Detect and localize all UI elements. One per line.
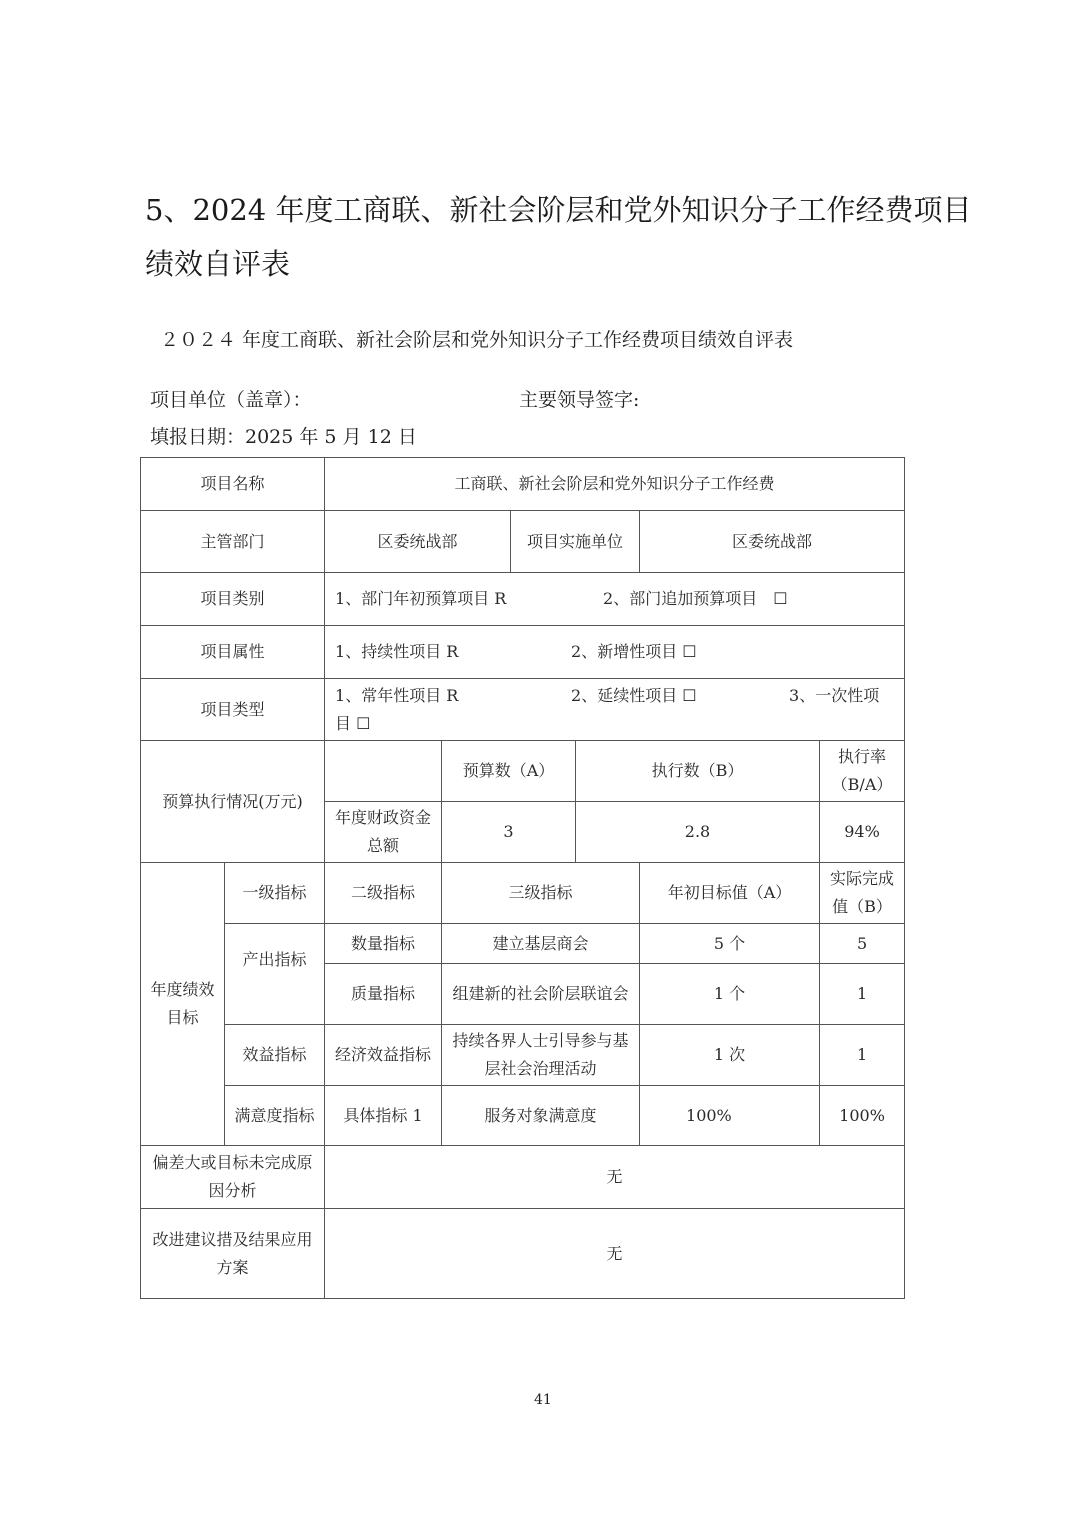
- attribute-label: 项目属性: [141, 626, 325, 679]
- category-label: 项目类别: [141, 573, 325, 626]
- budget-blank-cell: [325, 741, 442, 802]
- project-name-label: 项目名称: [141, 458, 325, 511]
- improvement-value: 无: [325, 1209, 905, 1299]
- category-options: 1、部门年初预算项目 R2、部门追加预算项目 ☐: [325, 573, 905, 626]
- row-project-name: 项目名称 工商联、新社会阶层和党外知识分子工作经费: [141, 458, 905, 511]
- goal-l3: 组建新的社会阶层联谊会: [442, 964, 640, 1025]
- goal-actual: 1: [820, 1025, 905, 1086]
- dept-label: 主管部门: [141, 511, 325, 573]
- goal-l3: 服务对象满意度: [442, 1086, 640, 1146]
- dept-value: 区委统战部: [325, 511, 511, 573]
- goal-row: 满意度指标 具体指标 1 服务对象满意度 100% 100%: [141, 1086, 905, 1146]
- goal-row: 产出指标 数量指标 建立基层商会 5 个 5: [141, 924, 905, 964]
- deviation-label: 偏差大或目标未完成原因分析: [141, 1146, 325, 1209]
- category-option-1: 1、部门年初预算项目 R: [335, 585, 603, 613]
- goal-l2: 具体指标 1: [325, 1086, 442, 1146]
- row-goals-header: 年度绩效目标 一级指标 二级指标 三级指标 年初目标值（A） 实际完成值（B）: [141, 863, 905, 924]
- page-number: 41: [534, 1392, 552, 1408]
- category-option-2: 2、部门追加预算项目 ☐: [603, 585, 788, 613]
- attribute-option-2: 2、新增性项目 ☐: [571, 638, 697, 666]
- row-budget-header: 预算执行情况(万元) 预算数（A） 执行数（B） 执行率（B/A）: [141, 741, 905, 802]
- budget-row-label: 年度财政资金总额: [325, 802, 442, 863]
- goal-target: 1 次: [640, 1025, 820, 1086]
- row-improvement: 改进建议措及结果应用方案 无: [141, 1209, 905, 1299]
- type-option-3-cont: 目 ☐: [335, 714, 370, 733]
- goals-header-target: 年初目标值（A）: [640, 863, 820, 924]
- goals-header-l1: 一级指标: [225, 863, 325, 924]
- benefit-indicator-label: 效益指标: [225, 1025, 325, 1086]
- attribute-options: 1、持续性项目 R2、新增性项目 ☐: [325, 626, 905, 679]
- document-heading-line2: 绩效自评表: [145, 244, 290, 284]
- goal-actual: 1: [820, 964, 905, 1025]
- performance-evaluation-table: 项目名称 工商联、新社会阶层和党外知识分子工作经费 主管部门 区委统战部 项目实…: [140, 457, 905, 1299]
- row-category: 项目类别 1、部门年初预算项目 R2、部门追加预算项目 ☐: [141, 573, 905, 626]
- goals-header-l3: 三级指标: [442, 863, 640, 924]
- satisfaction-indicator-label: 满意度指标: [225, 1086, 325, 1146]
- improvement-label: 改进建议措及结果应用方案: [141, 1209, 325, 1299]
- attribute-option-1: 1、持续性项目 R: [335, 638, 571, 666]
- fill-date: 填报日期：2025 年 5 月 12 日: [150, 423, 417, 451]
- goal-l2: 数量指标: [325, 924, 442, 964]
- impl-unit-value: 区委统战部: [640, 511, 905, 573]
- type-option-3: 3、一次性项: [789, 682, 879, 710]
- goal-row: 效益指标 经济效益指标 持续各界人士引导参与基层社会治理活动 1 次 1: [141, 1025, 905, 1086]
- budget-col-rate: 执行率（B/A）: [820, 741, 905, 802]
- budget-rate-value: 94%: [820, 802, 905, 863]
- project-name-value: 工商联、新社会阶层和党外知识分子工作经费: [325, 458, 905, 511]
- budget-col-a: 预算数（A）: [442, 741, 576, 802]
- output-indicator-label: 产出指标: [225, 924, 325, 1025]
- project-unit-label: 项目单位（盖章）：: [150, 386, 312, 414]
- budget-label: 预算执行情况(万元): [141, 741, 325, 863]
- budget-a-value: 3: [442, 802, 576, 863]
- goal-target: 100%: [640, 1086, 820, 1146]
- goals-label: 年度绩效目标: [141, 863, 225, 1146]
- goals-header-l2: 二级指标: [325, 863, 442, 924]
- document-heading-line1: 5、2024 年度工商联、新社会阶层和党外知识分子工作经费项目: [145, 190, 971, 230]
- goal-actual: 5: [820, 924, 905, 964]
- budget-b-value: 2.8: [576, 802, 820, 863]
- deviation-value: 无: [325, 1146, 905, 1209]
- goal-l2: 质量指标: [325, 964, 442, 1025]
- goals-header-actual: 实际完成值（B）: [820, 863, 905, 924]
- goal-l3: 持续各界人士引导参与基层社会治理活动: [442, 1025, 640, 1086]
- row-deviation: 偏差大或目标未完成原因分析 无: [141, 1146, 905, 1209]
- type-option-2: 2、延续性项目 ☐: [571, 682, 789, 710]
- leader-signature-label: 主要领导签字:: [519, 386, 639, 414]
- impl-unit-label: 项目实施单位: [511, 511, 640, 573]
- row-dept: 主管部门 区委统战部 项目实施单位 区委统战部: [141, 511, 905, 573]
- budget-col-b: 执行数（B）: [576, 741, 820, 802]
- row-attribute: 项目属性 1、持续性项目 R2、新增性项目 ☐: [141, 626, 905, 679]
- type-options: 1、常年性项目 R2、延续性项目 ☐3、一次性项 目 ☐: [325, 679, 905, 741]
- goal-target: 5 个: [640, 924, 820, 964]
- goal-l2: 经济效益指标: [325, 1025, 442, 1086]
- goal-target: 1 个: [640, 964, 820, 1025]
- table-title: ２０２４ 年度工商联、新社会阶层和党外知识分子工作经费项目绩效自评表: [160, 326, 793, 354]
- type-option-1: 1、常年性项目 R: [335, 682, 571, 710]
- goal-l3: 建立基层商会: [442, 924, 640, 964]
- goal-actual: 100%: [820, 1086, 905, 1146]
- row-type: 项目类型 1、常年性项目 R2、延续性项目 ☐3、一次性项 目 ☐: [141, 679, 905, 741]
- type-label: 项目类型: [141, 679, 325, 741]
